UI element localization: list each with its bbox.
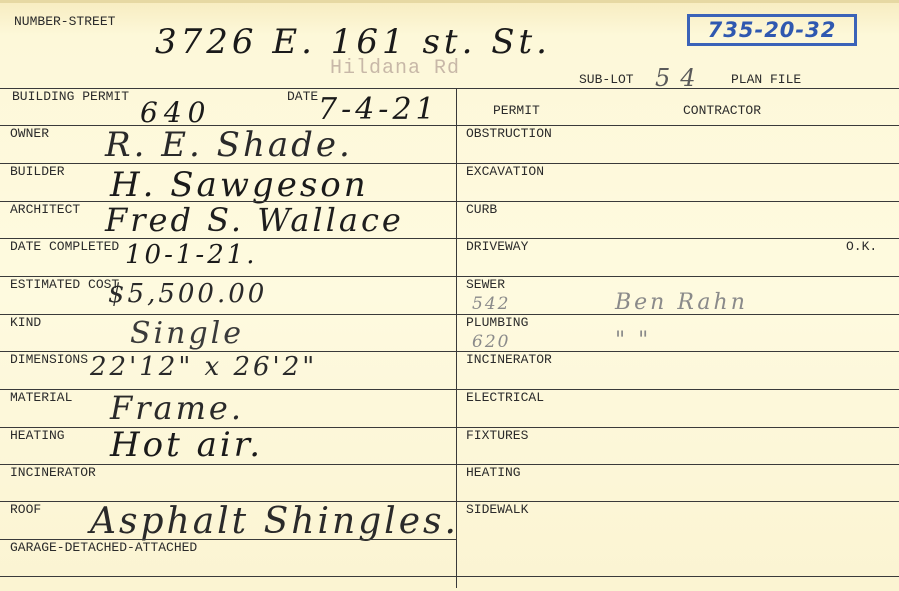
rule [0,88,899,89]
field-label: BUILDER [10,164,65,179]
permit-number: 620 [472,332,510,352]
contractor-name: " " [615,328,651,353]
contractor-name: Ben Rahn [615,290,748,315]
field-value: H. Sawgeson [110,165,369,205]
permit-type-label: FIXTURES [466,428,528,443]
field-label: ARCHITECT [10,202,80,217]
field-label: INCINERATOR [10,465,96,480]
permit-type-label: EXCAVATION [466,164,544,179]
building-permit-label: BUILDING PERMIT [12,89,129,104]
rule [0,163,456,164]
field-label: ROOF [10,502,41,517]
permit-type-label: HEATING [466,465,521,480]
permit-type-label: CURB [466,202,497,217]
permit-type-label: INCINERATOR [466,352,552,367]
rule [456,276,899,277]
field-value: 22'12" x 26'2" [90,352,317,382]
rule [456,201,899,202]
permit-type-label: SEWER [466,277,505,292]
rule [0,314,456,315]
permit-number: 542 [472,294,510,314]
field-value: $5,500.00 [108,279,267,309]
field-label: OWNER [10,126,49,141]
permit-type-label: DRIVEWAY [466,239,528,254]
field-label: MATERIAL [10,390,72,405]
field-label: DATE COMPLETED [10,239,119,254]
field-value: Hot air. [110,425,263,465]
permit-header: PERMIT [493,103,540,118]
plan-file-label: PLAN FILE [731,72,801,87]
rule [0,576,456,577]
field-label: DIMENSIONS [10,352,88,367]
overstamp-street: Hildana Rd [330,57,460,80]
number-street-value: 3726 E. 161 st. St. [155,22,551,62]
field-label: GARAGE-DETACHED-ATTACHED [10,540,197,555]
file-number-stamp: 735-20-32 [687,14,857,46]
field-value: 10-1-21. [125,240,258,270]
field-label: ESTIMATED COST [10,277,119,292]
field-value: Asphalt Shingles. [90,501,459,542]
rule [456,576,899,577]
building-permit-card: NUMBER-STREET 3726 E. 161 st. St. Hildan… [0,0,899,591]
field-value: Frame. [110,389,244,427]
field-label: HEATING [10,428,65,443]
permit-type-label: ELECTRICAL [466,390,544,405]
permit-type-label: OBSTRUCTION [466,126,552,141]
date-label: DATE [287,89,318,104]
date-value: 7-4-21 [318,92,439,127]
field-label: KIND [10,315,41,330]
permit-type-label: SIDEWALK [466,502,528,517]
rule [456,464,899,465]
status-note: O.K. [846,239,877,254]
sub-lot-label: SUB-LOT [579,72,634,87]
field-value: Fred S. Wallace [105,201,404,239]
card-top-edge [0,0,899,3]
permit-type-label: PLUMBING [466,315,528,330]
field-value: Single [130,316,244,351]
contractor-header: CONTRACTOR [683,103,761,118]
field-value: R. E. Shade. [105,125,353,165]
number-street-label: NUMBER-STREET [14,14,115,29]
